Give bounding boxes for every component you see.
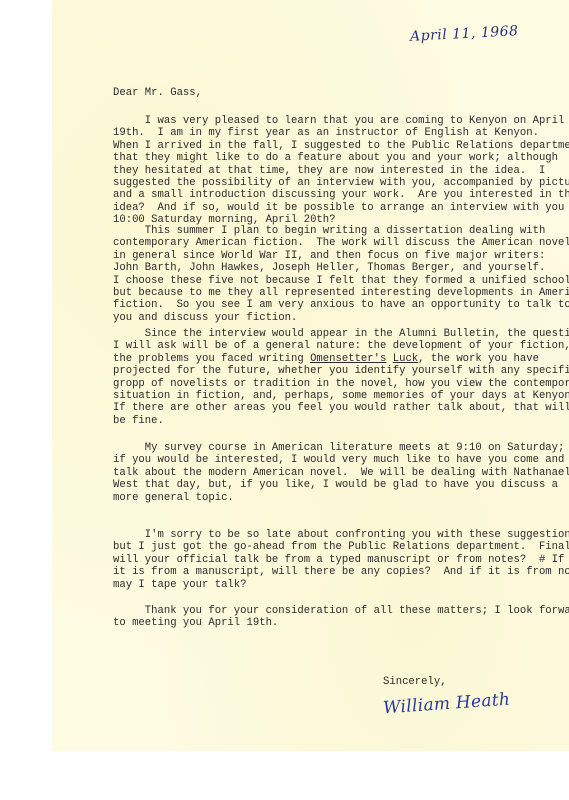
paragraph-line: it is from a manuscript, will there be a…: [113, 566, 569, 578]
paragraph-line: gropp of novelists or tradition in the n…: [113, 378, 569, 390]
paragraph-line: they hesitated at that time, they are no…: [113, 165, 569, 177]
book-title: Omensetter's: [310, 353, 386, 365]
paragraph-line: in general since World War II, and then …: [113, 250, 569, 262]
closing: Sincerely,: [383, 676, 447, 688]
paragraph-line: and a small introduction discussing your…: [113, 189, 569, 201]
paragraph-line: situation in fiction, and, perhaps, some…: [113, 390, 569, 402]
paragraph-line: you and discuss your fiction.: [113, 312, 569, 324]
book-title: Luck: [393, 353, 418, 365]
paragraph-line: This summer I plan to begin writing a di…: [113, 225, 569, 237]
paragraph-line: I will ask will be of a general nature: …: [113, 340, 569, 352]
paragraph-line: projected for the future, whether you id…: [113, 365, 569, 377]
paragraph-line: that they might like to do a feature abo…: [113, 152, 569, 164]
paragraph-line: I'm sorry to be so late about confrontin…: [113, 529, 569, 541]
salutation: Dear Mr. Gass,: [113, 87, 202, 99]
paragraph-line: will your official talk be from a typed …: [113, 554, 569, 566]
paragraph: This summer I plan to begin writing a di…: [113, 225, 569, 324]
paragraph-line: Thank you for your consideration of all …: [113, 605, 569, 617]
paragraph-line: be fine.: [113, 415, 569, 427]
paragraph-line: John Barth, John Hawkes, Joseph Heller, …: [113, 262, 569, 274]
paragraph-line: to meeting you April 19th.: [113, 617, 569, 629]
paragraph-line: My survey course in American literature …: [113, 442, 569, 454]
paragraph-line: When I arrived in the fall, I suggested …: [113, 140, 569, 152]
paragraph-line: Since the interview would appear in the …: [113, 328, 569, 340]
paragraph-line: may I tape your talk?: [113, 579, 569, 591]
handwritten-signature: William Heath: [382, 690, 510, 719]
letter-page: April 11, 1968 Dear Mr. Gass, I was very…: [52, 0, 569, 751]
paragraph-line: suggested the possibility of an intervie…: [113, 177, 569, 189]
paragraph: I was very pleased to learn that you are…: [113, 115, 569, 227]
paragraph: My survey course in American literature …: [113, 442, 569, 504]
paragraph-line: If there are other areas you feel you wo…: [113, 402, 569, 414]
paragraph-line: if you would be interested, I would very…: [113, 454, 569, 466]
paragraph-line: but I just got the go-ahead from the Pub…: [113, 541, 569, 553]
paragraph-line: I choose these five not because I felt t…: [113, 275, 569, 287]
paragraph-line: fiction. So you see I am very anxious to…: [113, 299, 569, 311]
paragraph-line: the problems you faced writing Omensette…: [113, 353, 569, 365]
paragraph: Thank you for your consideration of all …: [113, 605, 569, 630]
handwritten-date: April 11, 1968: [410, 23, 519, 45]
paragraph-line: talk about the modern American novel. We…: [113, 467, 569, 479]
paragraph-line: contemporary American fiction. The work …: [113, 237, 569, 249]
paragraph: I'm sorry to be so late about confrontin…: [113, 529, 569, 591]
paragraph-line: I was very pleased to learn that you are…: [113, 115, 569, 127]
paragraph-line: idea? And if so, would it be possible to…: [113, 202, 569, 214]
paragraph-line: more general topic.: [113, 492, 569, 504]
paragraph-line: but because to me they all represented i…: [113, 287, 569, 299]
paragraph-line: 19th. I am in my first year as an instru…: [113, 127, 569, 139]
paragraph-line: West that day, but, if you like, I would…: [113, 479, 569, 491]
paragraph: Since the interview would appear in the …: [113, 328, 569, 427]
